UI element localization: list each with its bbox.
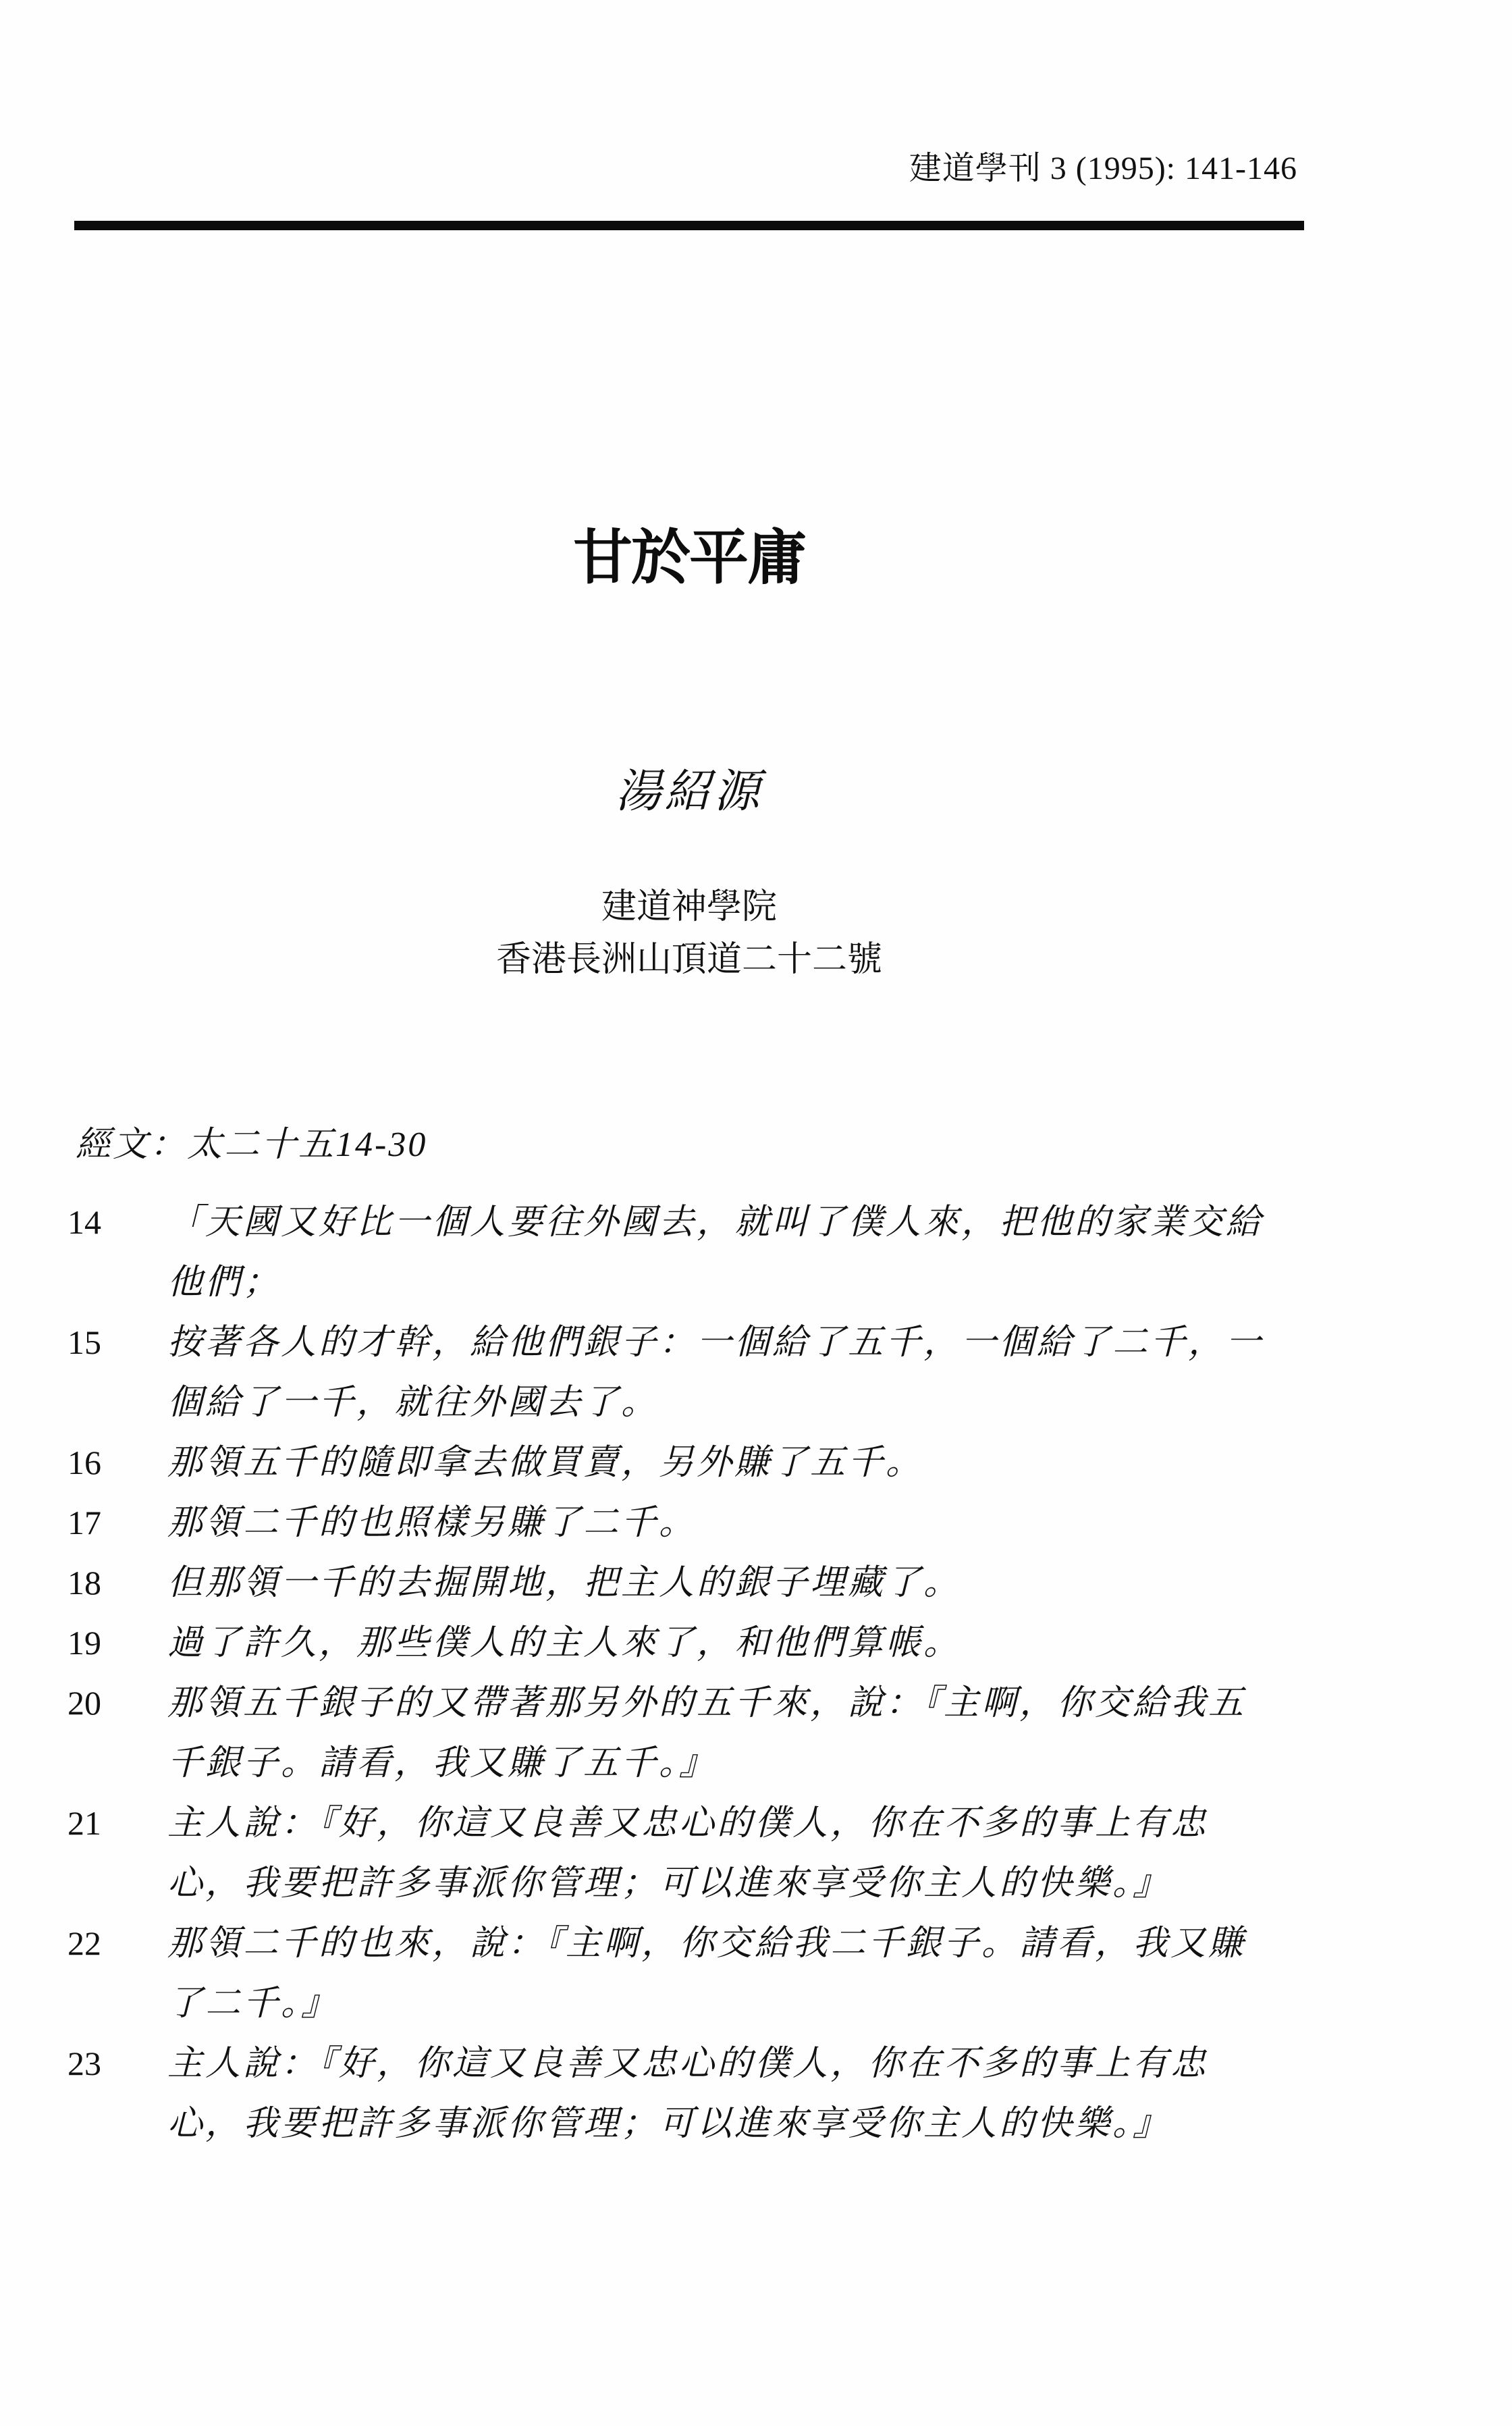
- verse-text-line: 過了許久，那些僕人的主人來了，和他們算帳。: [167, 1613, 1303, 1673]
- verse-text-line: 個給了一千，就往外國去了。: [167, 1373, 1303, 1433]
- verse-text: 但那領一千的去掘開地，把主人的銀子埋藏了。: [167, 1553, 1303, 1613]
- scripture-passage: 14 「天國又好比一個人要往外國去，就叫了僕人來，把他的家業交給他們； 15 按…: [67, 1192, 1303, 2154]
- verse-text-line: 那領二千的也來，說：『主啊，你交給我二千銀子。請看，我又賺: [167, 1914, 1303, 1974]
- verse-text-line: 主人說：『好，你這又良善又忠心的僕人，你在不多的事上有忠: [167, 2034, 1303, 2094]
- verse-text: 那領五千銀子的又帶著那另外的五千來，說：『主啊，你交給我五千銀子。請看，我又賺了…: [167, 1673, 1303, 1793]
- verse-number: 21: [67, 1793, 167, 1853]
- verse-row: 21 主人說：『好，你這又良善又忠心的僕人，你在不多的事上有忠心，我要把許多事派…: [67, 1793, 1303, 1914]
- verse-number: 15: [67, 1313, 167, 1373]
- verse-row: 22 那領二千的也來，說：『主啊，你交給我二千銀子。請看，我又賺了二千。』: [67, 1914, 1303, 2034]
- verse-number: 17: [67, 1493, 167, 1553]
- verse-row: 17 那領二千的也照樣另賺了二千。: [67, 1493, 1303, 1553]
- verse-text-line: 心，我要把許多事派你管理；可以進來享受你主人的快樂。』: [167, 2094, 1303, 2154]
- verse-text-line: 「天國又好比一個人要往外國去，就叫了僕人來，把他的家業交給: [167, 1192, 1303, 1252]
- verse-text-line: 心，我要把許多事派你管理；可以進來享受你主人的快樂。』: [167, 1853, 1303, 1914]
- verse-text-line: 他們；: [167, 1252, 1303, 1313]
- affiliation-address: 香港長洲山頂道二十二號: [74, 934, 1304, 986]
- verse-row: 16 那領五千的隨即拿去做買賣，另外賺了五千。: [67, 1433, 1303, 1493]
- verse-text-line: 了二千。』: [167, 1974, 1303, 2034]
- verse-text-line: 按著各人的才幹，給他們銀子：一個給了五千，一個給了二千，一: [167, 1313, 1303, 1373]
- verse-text-line: 但那領一千的去掘開地，把主人的銀子埋藏了。: [167, 1553, 1303, 1613]
- affiliation-institution: 建道神學院: [74, 881, 1304, 934]
- verse-number: 19: [67, 1613, 167, 1673]
- journal-citation: 建道學刊 3 (1995): 141-146: [0, 142, 1297, 188]
- verse-text-line: 千銀子。請看，我又賺了五千。』: [167, 1733, 1303, 1793]
- verse-number: 23: [67, 2034, 167, 2094]
- verse-row: 20 那領五千銀子的又帶著那另外的五千來，說：『主啊，你交給我五千銀子。請看，我…: [67, 1673, 1303, 1793]
- affiliation-block: 建道神學院 香港長洲山頂道二十二號: [74, 881, 1304, 986]
- verse-row: 14 「天國又好比一個人要往外國去，就叫了僕人來，把他的家業交給他們；: [67, 1192, 1303, 1313]
- verse-number: 22: [67, 1914, 167, 1974]
- verse-text: 按著各人的才幹，給他們銀子：一個給了五千，一個給了二千，一個給了一千，就往外國去…: [167, 1313, 1303, 1433]
- article-title: 甘於平庸: [74, 525, 1304, 591]
- verse-number: 18: [67, 1553, 167, 1613]
- scripture-reference: 經文：太二十五14-30: [76, 1115, 427, 1166]
- verse-text-line: 那領五千的隨即拿去做買賣，另外賺了五千。: [167, 1433, 1303, 1493]
- verse-text: 主人說：『好，你這又良善又忠心的僕人，你在不多的事上有忠心，我要把許多事派你管理…: [167, 2034, 1303, 2154]
- verse-text: 那領五千的隨即拿去做買賣，另外賺了五千。: [167, 1433, 1303, 1493]
- verse-number: 14: [67, 1192, 167, 1252]
- verse-text: 主人說：『好，你這又良善又忠心的僕人，你在不多的事上有忠心，我要把許多事派你管理…: [167, 1793, 1303, 1914]
- verse-row: 19 過了許久，那些僕人的主人來了，和他們算帳。: [67, 1613, 1303, 1673]
- verse-text: 過了許久，那些僕人的主人來了，和他們算帳。: [167, 1613, 1303, 1673]
- header-rule: [74, 221, 1304, 230]
- verse-number: 16: [67, 1433, 167, 1493]
- verse-row: 23 主人說：『好，你這又良善又忠心的僕人，你在不多的事上有忠心，我要把許多事派…: [67, 2034, 1303, 2154]
- verse-text: 那領二千的也照樣另賺了二千。: [167, 1493, 1303, 1553]
- verse-row: 18 但那領一千的去掘開地，把主人的銀子埋藏了。: [67, 1553, 1303, 1613]
- verse-text: 那領二千的也來，說：『主啊，你交給我二千銀子。請看，我又賺了二千。』: [167, 1914, 1303, 2034]
- verse-text-line: 那領二千的也照樣另賺了二千。: [167, 1493, 1303, 1553]
- author-name: 湯紹源: [74, 755, 1304, 820]
- verse-text: 「天國又好比一個人要往外國去，就叫了僕人來，把他的家業交給他們；: [167, 1192, 1303, 1313]
- verse-row: 15 按著各人的才幹，給他們銀子：一個給了五千，一個給了二千，一個給了一千，就往…: [67, 1313, 1303, 1433]
- verse-text-line: 主人說：『好，你這又良善又忠心的僕人，你在不多的事上有忠: [167, 1793, 1303, 1853]
- verse-text-line: 那領五千銀子的又帶著那另外的五千來，說：『主啊，你交給我五: [167, 1673, 1303, 1733]
- verse-number: 20: [67, 1673, 167, 1733]
- journal-page: 建道學刊 3 (1995): 141-146 甘於平庸 湯紹源 建道神學院 香港…: [0, 0, 1512, 2426]
